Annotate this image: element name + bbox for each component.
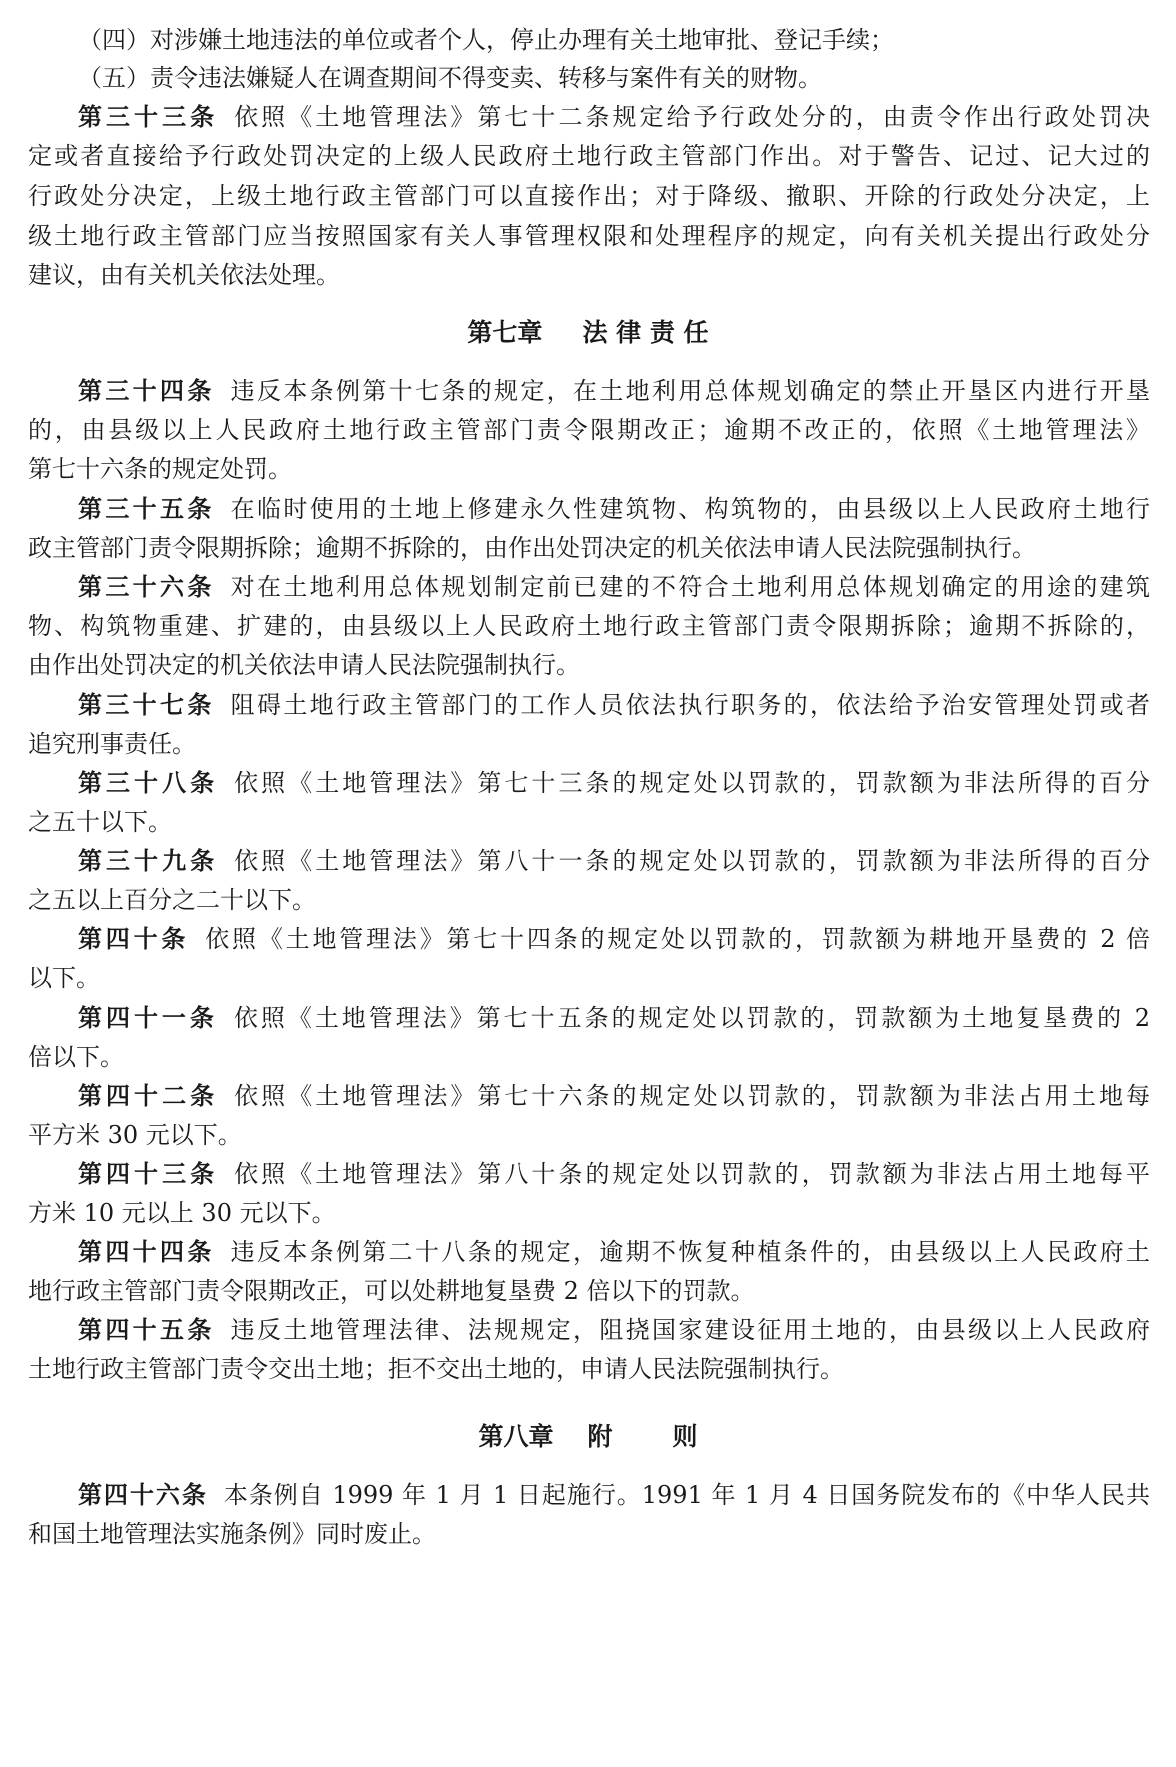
article-33: 第三十三条依照《土地管理法》第七十二条规定给予行政处分的，由责令作出行政处罚决 xyxy=(78,98,1150,137)
chapter-title-part: 附 xyxy=(587,1422,612,1451)
article-33-line: 行政处分决定，上级土地行政主管部门可以直接作出；对于降级、撤职、开除的行政处分决… xyxy=(28,177,1150,216)
article-label: 第四十条 xyxy=(78,925,189,953)
article-43: 第四十三条依照《土地管理法》第八十条的规定处以罚款的，罚款额为非法占用土地每平 xyxy=(78,1155,1150,1194)
article-45-line: 土地行政主管部门责令交出土地；拒不交出土地的，申请人民法院强制执行。 xyxy=(28,1350,1150,1389)
article-label: 第三十三条 xyxy=(78,103,218,131)
article-36-line: 物、构筑物重建、扩建的，由县级以上人民政府土地行政主管部门责令限期拆除；逾期不拆… xyxy=(28,607,1150,646)
article-label: 第四十五条 xyxy=(78,1316,215,1344)
article-label: 第四十四条 xyxy=(78,1238,215,1266)
article-44: 第四十四条违反本条例第二十八条的规定，逾期不恢复种植条件的，由县级以上人民政府土 xyxy=(78,1233,1150,1272)
document-page: （四）对涉嫌土地违法的单位或者个人，停止办理有关土地审批、登记手续； （五）责令… xyxy=(0,0,1176,1767)
article-text: 违反土地管理法律、法规规定，阻挠国家建设征用土地的，由县级以上人民政府 xyxy=(231,1316,1150,1344)
article-33-line: 建议，由有关机关依法处理。 xyxy=(28,256,1150,295)
article-label: 第四十二条 xyxy=(78,1082,218,1110)
list-item-5: （五）责令违法嫌疑人在调查期间不得变卖、转移与案件有关的财物。 xyxy=(78,59,1150,98)
article-text: 依照《土地管理法》第七十二条规定给予行政处分的，由责令作出行政处罚决 xyxy=(234,103,1150,131)
article-40-line: 以下。 xyxy=(28,959,1150,998)
article-label: 第四十三条 xyxy=(78,1160,218,1188)
article-label: 第三十五条 xyxy=(78,495,215,523)
article-text: 依照《土地管理法》第七十五条的规定处以罚款的，罚款额为土地复垦费的 2 xyxy=(234,1004,1150,1032)
article-label: 第四十一条 xyxy=(78,1004,218,1032)
article-41: 第四十一条依照《土地管理法》第七十五条的规定处以罚款的，罚款额为土地复垦费的 2 xyxy=(78,999,1150,1038)
article-34-line: 的，由县级以上人民政府土地行政主管部门责令限期改正；逾期不改正的，依照《土地管理… xyxy=(28,411,1150,450)
article-text: 违反本条例第二十八条的规定，逾期不恢复种植条件的，由县级以上人民政府土 xyxy=(231,1238,1150,1266)
article-text: 对在土地利用总体规划制定前已建的不符合土地利用总体规划确定的用途的建筑 xyxy=(231,573,1150,601)
article-35-line: 政主管部门责令限期拆除；逾期不拆除的，由作出处罚决定的机关依法申请人民法院强制执… xyxy=(28,529,1150,568)
article-38: 第三十八条依照《土地管理法》第七十三条的规定处以罚款的，罚款额为非法所得的百分 xyxy=(78,764,1150,803)
article-text: 在临时使用的土地上修建永久性建筑物、构筑物的，由县级以上人民政府土地行 xyxy=(231,495,1150,523)
article-33-line: 定或者直接给予行政处罚决定的上级人民政府土地行政主管部门作出。对于警告、记过、记… xyxy=(28,137,1150,176)
article-37-line: 追究刑事责任。 xyxy=(28,725,1150,764)
article-38-line: 之五十以下。 xyxy=(28,803,1150,842)
article-42-line: 平方米 30 元以下。 xyxy=(28,1116,1150,1155)
article-text: 违反本条例第十七条的规定，在土地利用总体规划确定的禁止开垦区内进行开垦 xyxy=(231,377,1150,405)
list-item-4: （四）对涉嫌土地违法的单位或者个人，停止办理有关土地审批、登记手续； xyxy=(78,21,1150,60)
article-45: 第四十五条违反土地管理法律、法规规定，阻挠国家建设征用土地的，由县级以上人民政府 xyxy=(78,1311,1150,1350)
article-37: 第三十七条阻碍土地行政主管部门的工作人员依法执行职务的，依法给予治安管理处罚或者 xyxy=(78,686,1150,725)
article-39: 第三十九条依照《土地管理法》第八十一条的规定处以罚款的，罚款额为非法所得的百分 xyxy=(78,842,1150,881)
article-text: 阻碍土地行政主管部门的工作人员依法执行职务的，依法给予治安管理处罚或者 xyxy=(231,691,1150,719)
article-34: 第三十四条违反本条例第十七条的规定，在土地利用总体规划确定的禁止开垦区内进行开垦 xyxy=(78,372,1150,411)
article-text: 本条例自 1999 年 1 月 1 日起施行。1991 年 1 月 4 日国务院… xyxy=(224,1481,1150,1509)
article-label: 第三十九条 xyxy=(78,847,218,875)
chapter-title-part: 则 xyxy=(673,1422,698,1451)
article-33-line: 级土地行政主管部门应当按照国家有关人事管理权限和处理程序的规定，向有关机关提出行… xyxy=(28,217,1150,256)
article-text: 依照《土地管理法》第七十四条的规定处以罚款的，罚款额为耕地开垦费的 2 倍 xyxy=(205,925,1150,953)
chapter-number: 第八章 xyxy=(478,1422,553,1451)
chapter-heading-8: 第八章附则 xyxy=(0,1417,1176,1457)
article-44-line: 地行政主管部门责令限期改正，可以处耕地复垦费 2 倍以下的罚款。 xyxy=(28,1272,1150,1311)
article-41-line: 倍以下。 xyxy=(28,1038,1150,1077)
article-label: 第三十六条 xyxy=(78,573,215,601)
article-35: 第三十五条在临时使用的土地上修建永久性建筑物、构筑物的，由县级以上人民政府土地行 xyxy=(78,490,1150,529)
chapter-number: 第七章 xyxy=(467,318,542,347)
article-text: 依照《土地管理法》第七十三条的规定处以罚款的，罚款额为非法所得的百分 xyxy=(234,769,1150,797)
article-text: 依照《土地管理法》第八十一条的规定处以罚款的，罚款额为非法所得的百分 xyxy=(234,847,1150,875)
article-46-line: 和国土地管理法实施条例》同时废止。 xyxy=(28,1515,1150,1554)
article-label: 第三十七条 xyxy=(78,691,215,719)
chapter-title: 法 律 责 任 xyxy=(582,318,708,347)
article-43-line: 方米 10 元以上 30 元以下。 xyxy=(28,1194,1150,1233)
article-label: 第四十六条 xyxy=(78,1481,208,1509)
article-text: 依照《土地管理法》第七十六条的规定处以罚款的，罚款额为非法占用土地每 xyxy=(234,1082,1150,1110)
article-46: 第四十六条本条例自 1999 年 1 月 1 日起施行。1991 年 1 月 4… xyxy=(78,1476,1150,1515)
article-36: 第三十六条对在土地利用总体规划制定前已建的不符合土地利用总体规划确定的用途的建筑 xyxy=(78,568,1150,607)
article-34-line: 第七十六条的规定处罚。 xyxy=(28,450,1150,489)
article-42: 第四十二条依照《土地管理法》第七十六条的规定处以罚款的，罚款额为非法占用土地每 xyxy=(78,1077,1150,1116)
article-40: 第四十条依照《土地管理法》第七十四条的规定处以罚款的，罚款额为耕地开垦费的 2 … xyxy=(78,920,1150,959)
article-label: 第三十八条 xyxy=(78,769,218,797)
article-36-line: 由作出处罚决定的机关依法申请人民法院强制执行。 xyxy=(28,646,1150,685)
article-text: 依照《土地管理法》第八十条的规定处以罚款的，罚款额为非法占用土地每平 xyxy=(234,1160,1150,1188)
article-39-line: 之五以上百分之二十以下。 xyxy=(28,881,1150,920)
chapter-heading-7: 第七章法 律 责 任 xyxy=(0,313,1176,353)
article-label: 第三十四条 xyxy=(78,377,215,405)
